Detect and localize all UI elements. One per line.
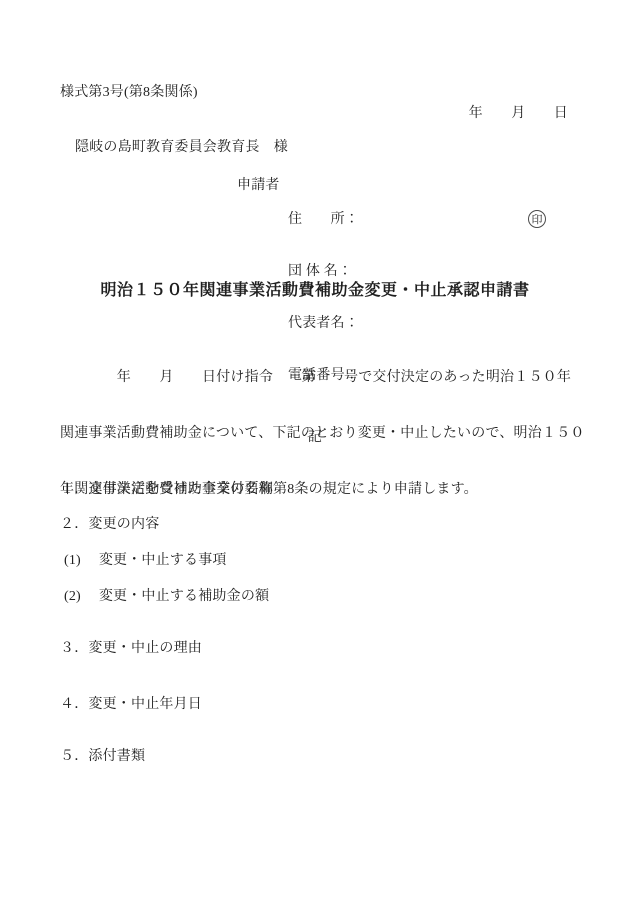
item-2-change-details: ２．変更の内容: [60, 516, 159, 533]
applicant-label: 申請者: [237, 177, 280, 194]
applicant-address-label: 住 所：: [288, 211, 359, 229]
addressee: 隠岐の島町教育委員会教育長 様: [75, 139, 288, 156]
item-5-attachments: ５．添付書類: [60, 748, 145, 765]
item-2-2-change-amount: (2) 変更・中止する補助金の額: [64, 588, 269, 605]
seal-stamp-icon: 印: [528, 210, 546, 228]
item-2-1-change-items: (1) 変更・中止する事項: [64, 552, 227, 569]
form-number: 様式第3号(第8条関係): [60, 84, 198, 101]
document-title: 明治１５０年関連事業活動費補助金変更・中止承認申請書: [0, 282, 630, 299]
applicant-org-label: 団 体 名：: [288, 263, 359, 281]
document-page: 様式第3号(第8条関係) 年 月 日 隠岐の島町教育委員会教育長 様 申請者 住…: [0, 0, 630, 915]
date-line: 年 月 日: [469, 105, 568, 122]
body-line: 年 月 日付け指令 第 号で交付決定のあった明治１５０年: [60, 369, 575, 391]
applicant-representative-label: 代表者名：: [288, 315, 359, 333]
item-1-project-name: １．交付決定を受けた事業の名称: [60, 481, 273, 498]
record-heading: 記: [0, 429, 630, 446]
item-4-change-date: ４．変更・中止年月日: [60, 696, 202, 713]
item-3-change-reason: ３．変更・中止の理由: [60, 640, 202, 657]
